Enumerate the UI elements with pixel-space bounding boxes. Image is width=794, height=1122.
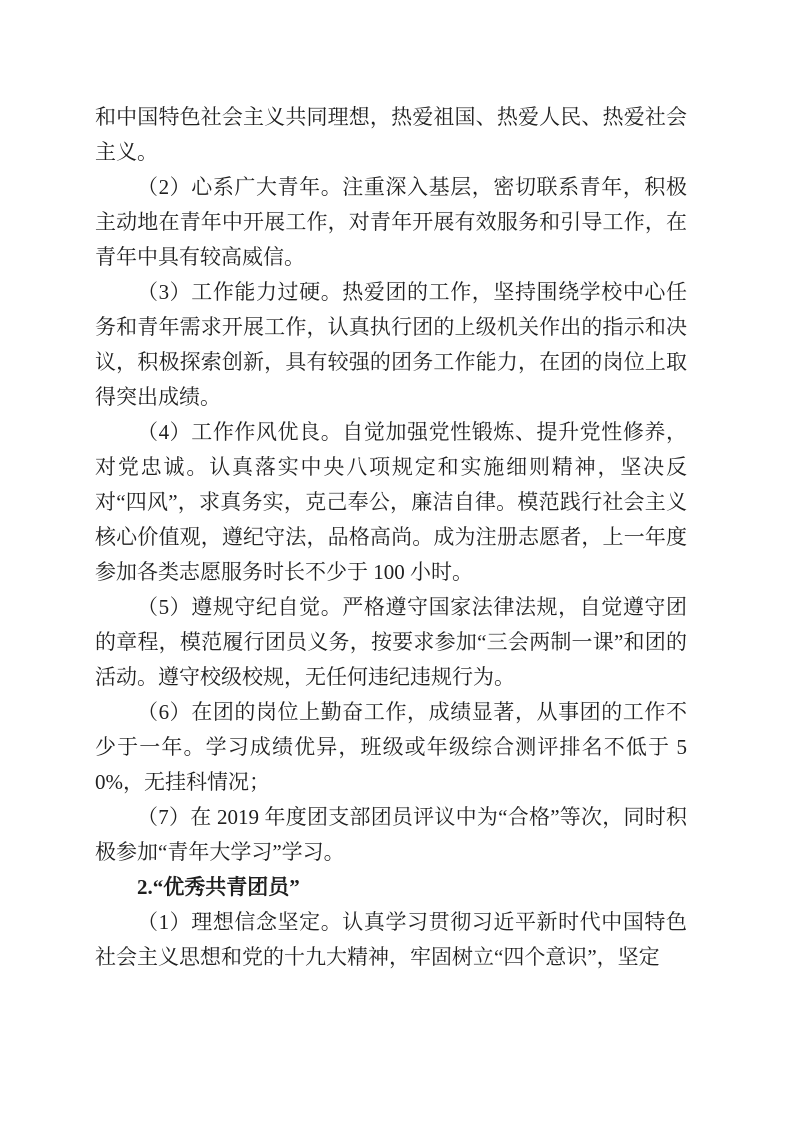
paragraph-criterion-1-outstanding: （1）理想信念坚定。认真学习贯彻习近平新时代中国特色社会主义思想和党的十九大精神… [95,905,687,975]
document-page: 和中国特色社会主义共同理想，热爱祖国、热爱人民、热爱社会主义。 （2）心系广大青… [0,0,794,1122]
paragraph-criterion-4: （4）工作作风优良。自觉加强党性锻炼、提升党性修养，对党忠诚。认真落实中央八项规… [95,415,687,590]
section-heading-outstanding-league-member: 2.“优秀共青团员” [95,870,687,905]
paragraph-criterion-6: （6）在团的岗位上勤奋工作，成绩显著，从事团的工作不少于一年。学习成绩优异，班级… [95,695,687,800]
paragraph-criterion-5: （5）遵规守纪自觉。严格遵守国家法律法规，自觉遵守团的章程，模范履行团员义务，按… [95,590,687,695]
paragraph-criterion-7: （7）在 2019 年度团支部团员评议中为“合格”等次，同时积极参加“青年大学习… [95,800,687,870]
paragraph-continuation: 和中国特色社会主义共同理想，热爱祖国、热爱人民、热爱社会主义。 [95,100,687,170]
document-content: 和中国特色社会主义共同理想，热爱祖国、热爱人民、热爱社会主义。 （2）心系广大青… [95,100,687,975]
paragraph-criterion-3: （3）工作能力过硬。热爱团的工作，坚持围绕学校中心任务和青年需求开展工作，认真执… [95,275,687,415]
paragraph-criterion-2: （2）心系广大青年。注重深入基层，密切联系青年，积极主动地在青年中开展工作，对青… [95,170,687,275]
